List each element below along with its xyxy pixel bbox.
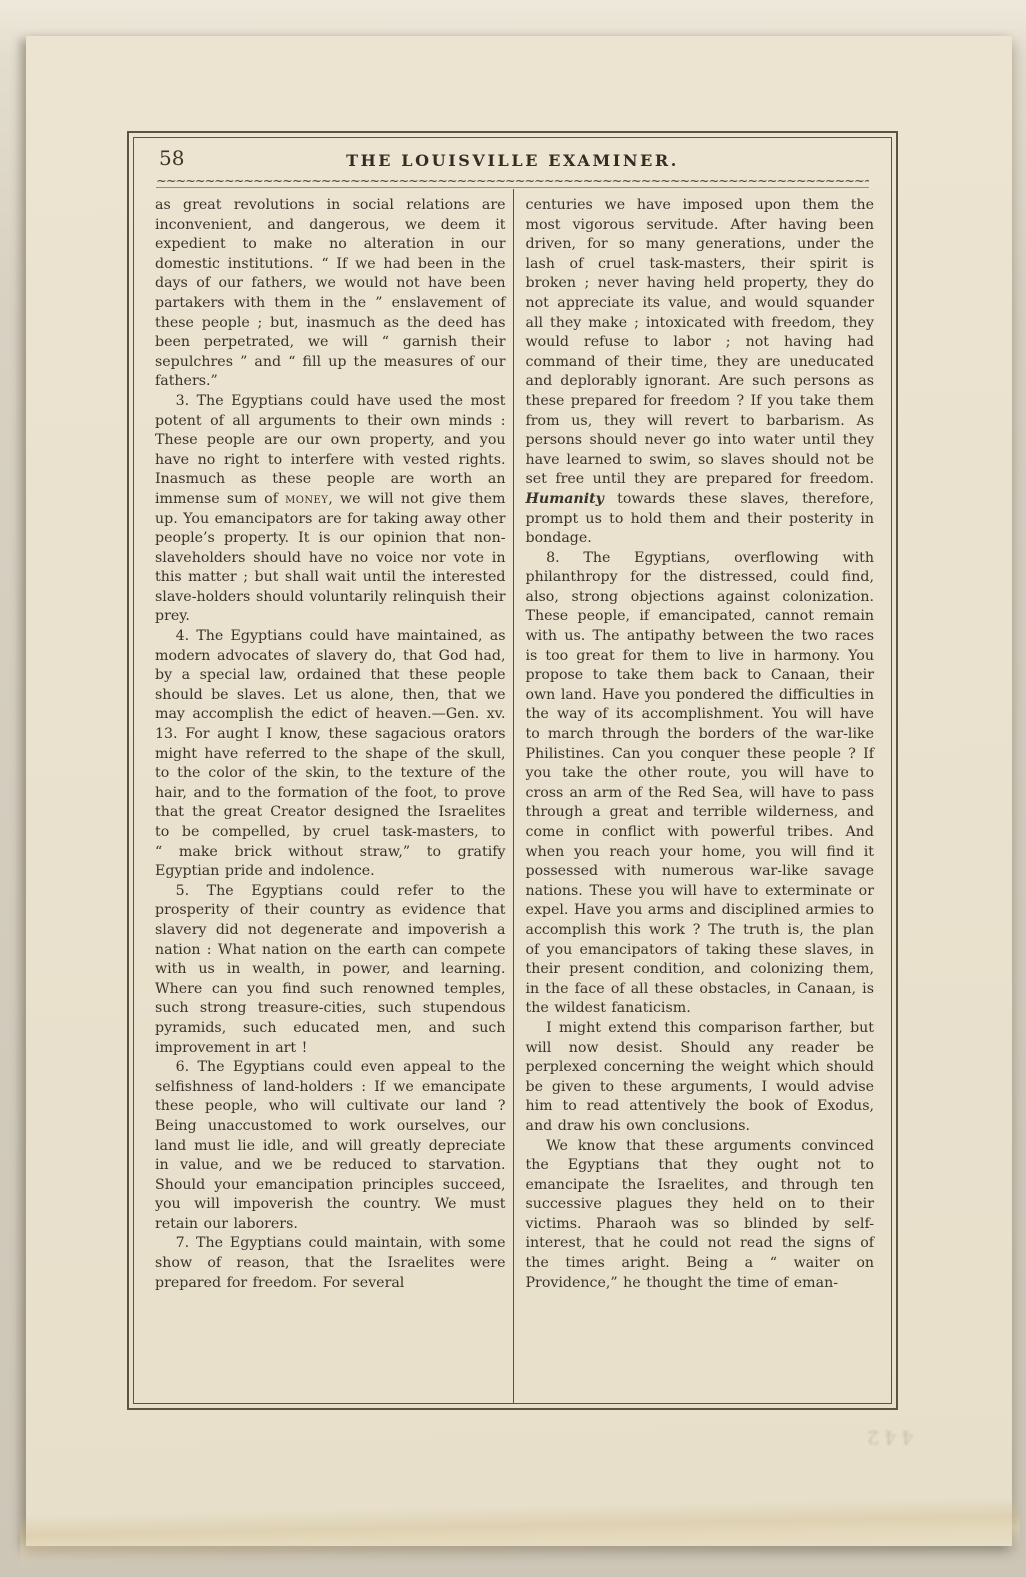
paragraph: 4. The Egyptians could have maintained, … — [155, 627, 506, 882]
text-run: 5. The Egyptians could refer to the pros… — [155, 883, 506, 1056]
show-through-page-number: 442 — [862, 1426, 913, 1448]
paragraph: 8. The Egyptians, overflowing with phila… — [526, 549, 875, 1019]
text-run: We know that these arguments convinced t… — [526, 1138, 875, 1291]
text-run: centuries we have imposed upon them the … — [526, 197, 875, 487]
small-caps-text: money — [285, 491, 328, 507]
paragraph: 6. The Egyptians could even appeal to th… — [155, 1058, 506, 1234]
text-run: I might extend this comparison farther, … — [526, 1020, 875, 1134]
scanned-page-background: 58 THE LOUISVILLE EXAMINER. ~~~~~~~~~~~~… — [0, 0, 1026, 1577]
text-run: 6. The Egyptians could even appeal to th… — [155, 1059, 506, 1232]
text-column-left: as great revolutions in social relations… — [134, 189, 513, 1403]
printed-page-frame: 58 THE LOUISVILLE EXAMINER. ~~~~~~~~~~~~… — [127, 131, 898, 1410]
emphasis-text: Humanity — [526, 491, 604, 507]
paper-fold-crease — [20, 1496, 1021, 1567]
paragraph: I might extend this comparison farther, … — [526, 1019, 875, 1137]
paragraph: 7. The Egyptians could maintain, with so… — [155, 1234, 506, 1293]
masthead-title: THE LOUISVILLE EXAMINER. — [134, 151, 891, 170]
printed-page-frame-inner-rule: 58 THE LOUISVILLE EXAMINER. ~~~~~~~~~~~~… — [133, 137, 892, 1404]
paragraph: We know that these arguments convinced t… — [526, 1137, 875, 1294]
masthead: 58 THE LOUISVILLE EXAMINER. — [134, 138, 891, 178]
text-column-right: centuries we have imposed upon them the … — [513, 189, 892, 1403]
text-run: 4. The Egyptians could have maintained, … — [155, 628, 506, 879]
text-run: as great revolutions in social relations… — [155, 197, 506, 389]
paragraph: 3. The Egyptians could have used the mos… — [155, 392, 506, 627]
text-run: , we will not give them up. You emancipa… — [155, 491, 506, 625]
wavy-rule-divider: ~~~~~~~~~~~~~~~~~~~~~~~~~~~~~~~~~~~~~~~~… — [156, 178, 869, 188]
text-run: 7. The Egyptians could maintain, with so… — [155, 1235, 506, 1290]
two-column-text-area: as great revolutions in social relations… — [134, 189, 891, 1403]
newspaper-page: 58 THE LOUISVILLE EXAMINER. ~~~~~~~~~~~~… — [26, 36, 1012, 1546]
paragraph: as great revolutions in social relations… — [155, 196, 506, 392]
paragraph: centuries we have imposed upon them the … — [526, 196, 875, 549]
text-run: 8. The Egyptians, overflowing with phila… — [526, 550, 875, 1017]
text-run: 3. The Egyptians could have used the mos… — [155, 393, 506, 507]
paragraph: 5. The Egyptians could refer to the pros… — [155, 882, 506, 1058]
